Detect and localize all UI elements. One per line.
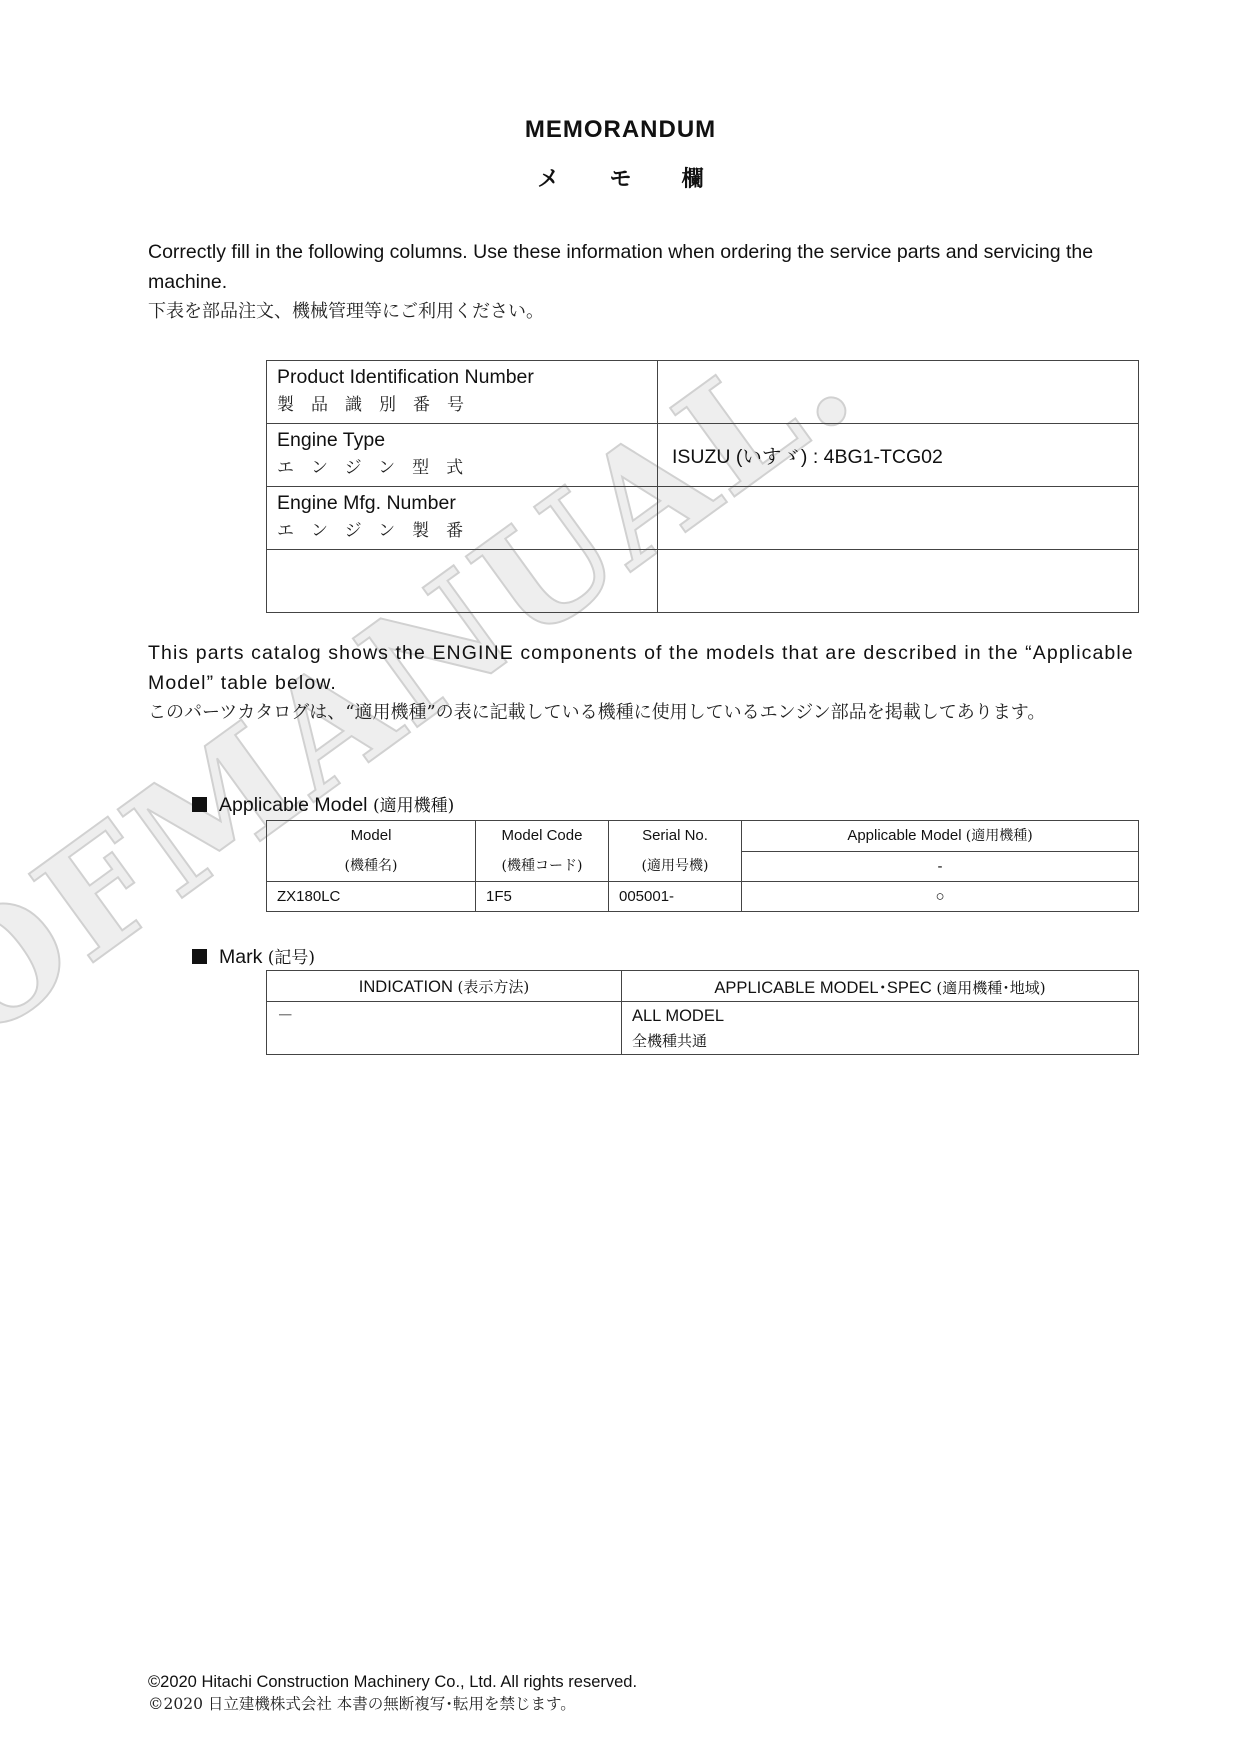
table-header-row: Model (機種名) Model Code (機種コード) Serial No… <box>267 821 1139 852</box>
subtitle-char: モ <box>609 162 631 193</box>
heading-en: Mark <box>219 946 262 968</box>
label-en: Product Identification Number <box>277 363 647 391</box>
copyright-jp: ©2020 日立建機株式会社 本書の無断複写･転用を禁じます。 <box>148 1693 637 1715</box>
cell-model: ZX180LC <box>267 882 476 912</box>
header-jp: (表示方法) <box>458 978 530 996</box>
page-title: MEMORANDUM <box>0 116 1241 144</box>
blank-value-cell[interactable] <box>658 550 1139 613</box>
header-en: INDICATION <box>359 978 453 996</box>
header-en: Applicable Model <box>847 827 961 844</box>
intro-en: Correctly fill in the following columns.… <box>148 237 1138 297</box>
row-label: Product Identification Number 製品識別番号 <box>267 361 658 424</box>
copyright-en: ©2020 Hitachi Construction Machinery Co.… <box>148 1671 637 1693</box>
table-row: Engine Type エンジン型式 ISUZU (いすゞ) : 4BG1-TC… <box>267 424 1139 487</box>
engine-type-field[interactable]: ISUZU (いすゞ) : 4BG1-TCG02 <box>658 424 1139 487</box>
header-en: Model Code <box>476 821 608 851</box>
table-row: － ALL MODEL 全機種共通 <box>267 1002 1139 1055</box>
label-en: Engine Type <box>277 426 647 454</box>
cell-indication: － <box>267 1002 622 1055</box>
row-label: Engine Type エンジン型式 <box>267 424 658 487</box>
table-row <box>267 550 1139 613</box>
label-jp: 製品識別番号 <box>277 391 647 419</box>
mark-table: INDICATION (表示方法) APPLICABLE MODEL･SPEC … <box>266 970 1139 1055</box>
label-en: Engine Mfg. Number <box>277 489 647 517</box>
bullet-square-icon <box>192 949 207 964</box>
intro-jp: 下表を部品注文、機械管理等にご利用ください。 <box>148 297 1138 327</box>
applicable-model-table: Model (機種名) Model Code (機種コード) Serial No… <box>266 820 1139 912</box>
heading-jp: (記号) <box>268 948 315 968</box>
cell-applicable-spec: ALL MODEL 全機種共通 <box>622 1002 1139 1055</box>
cell-serial-no: 005001- <box>609 882 742 912</box>
column-header-model-code: Model Code (機種コード) <box>476 821 609 882</box>
bullet-square-icon <box>192 797 207 812</box>
heading-en: Applicable Model <box>219 794 368 816</box>
header-en: Serial No. <box>609 821 741 851</box>
table-row: Product Identification Number 製品識別番号 <box>267 361 1139 424</box>
header-jp: (機種名) <box>267 851 475 881</box>
product-id-field[interactable] <box>658 361 1139 424</box>
header-jp: (適用機種･地域) <box>936 979 1045 997</box>
cell-model-code: 1F5 <box>476 882 609 912</box>
table-row: Engine Mfg. Number エンジン製番 <box>267 487 1139 550</box>
header-jp: (適用号機) <box>609 851 741 881</box>
cell-applicable-mark: ○ <box>742 882 1139 912</box>
column-header-indication: INDICATION (表示方法) <box>267 971 622 1002</box>
header-jp: (適用機種) <box>966 828 1033 844</box>
row-label: Engine Mfg. Number エンジン製番 <box>267 487 658 550</box>
header-en: Model <box>267 821 475 851</box>
intro-paragraph: Correctly fill in the following columns.… <box>148 237 1138 327</box>
catalog-note: This parts catalog shows the ENGINE comp… <box>148 638 1138 728</box>
subtitle-char: メ <box>537 162 559 193</box>
blank-label-cell[interactable] <box>267 550 658 613</box>
table-row: ZX180LC 1F5 005001- ○ <box>267 882 1139 912</box>
mark-heading: Mark (記号) <box>192 943 315 969</box>
spec-jp: 全機種共通 <box>632 1029 1138 1054</box>
applicable-model-heading: Applicable Model (適用機種) <box>192 791 454 817</box>
heading-jp: (適用機種) <box>373 796 454 816</box>
spec-en: ALL MODEL <box>632 1004 1138 1029</box>
column-header-applicable-model: Applicable Model (適用機種) <box>742 821 1139 852</box>
copyright-footer: ©2020 Hitachi Construction Machinery Co.… <box>148 1671 637 1715</box>
header-en: APPLICABLE MODEL･SPEC <box>714 979 931 997</box>
table-header-row: INDICATION (表示方法) APPLICABLE MODEL･SPEC … <box>267 971 1139 1002</box>
engine-mfg-number-field[interactable] <box>658 487 1139 550</box>
header-jp: (機種コード) <box>476 851 608 881</box>
column-header-applicable-spec: APPLICABLE MODEL･SPEC (適用機種･地域) <box>622 971 1139 1002</box>
subtitle-char: 欄 <box>682 162 704 193</box>
applicable-model-subheader: - <box>742 852 1139 882</box>
catalog-note-jp: このパーツカタログは、“適用機種”の表に記載している機種に使用しているエンジン部… <box>148 698 1138 728</box>
label-jp: エンジン製番 <box>277 517 647 545</box>
identification-table: Product Identification Number 製品識別番号 Eng… <box>266 360 1139 613</box>
document-page: OFMANUAL. MEMORANDUM メ モ 欄 Correctly fil… <box>0 0 1241 1755</box>
column-header-serial-no: Serial No. (適用号機) <box>609 821 742 882</box>
catalog-note-en: This parts catalog shows the ENGINE comp… <box>148 638 1138 698</box>
page-subtitle: メ モ 欄 <box>0 162 1241 193</box>
column-header-model: Model (機種名) <box>267 821 476 882</box>
label-jp: エンジン型式 <box>277 454 647 482</box>
